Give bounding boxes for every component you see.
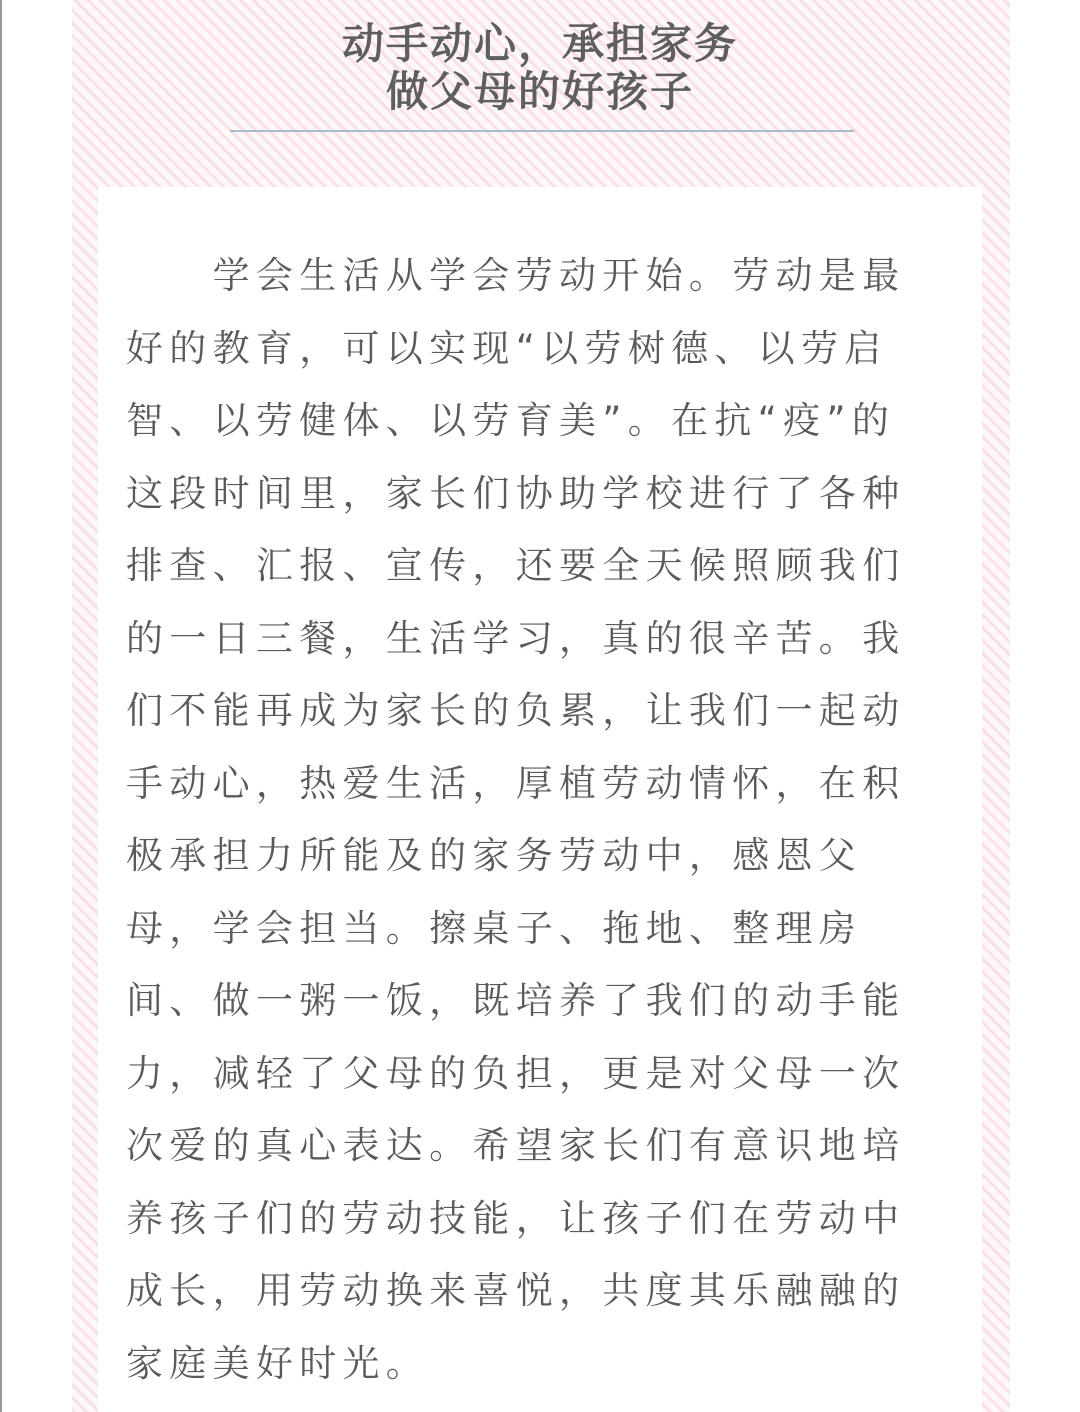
- title-line-2: 做父母的好孩子: [0, 68, 1080, 116]
- article-line: 好的教育，可以实现“以劳树德、以劳启: [126, 313, 954, 386]
- page-title: 动手动心，承担家务 做父母的好孩子: [0, 20, 1080, 116]
- article-line: 家庭美好时光。: [126, 1328, 954, 1401]
- article-line: 的一日三餐，生活学习，真的很辛苦。我: [126, 603, 954, 676]
- article-line: 力，减轻了父母的负担，更是对父母一次: [126, 1038, 954, 1111]
- article-line: 次爱的真心表达。希望家长们有意识地培: [126, 1110, 954, 1183]
- title-line-1: 动手动心，承担家务: [0, 20, 1080, 68]
- article-line: 排查、汇报、宣传，还要全天候照顾我们: [126, 530, 954, 603]
- article-line: 这段时间里，家长们协助学校进行了各种: [126, 458, 954, 531]
- article-line: 成长，用劳动换来喜悦，共度其乐融融的: [126, 1255, 954, 1328]
- page-edge-line: [0, 0, 2, 1412]
- article-line: 手动心，热爱生活，厚植劳动情怀，在积: [126, 748, 954, 821]
- article-line: 间、做一粥一饭，既培养了我们的动手能: [126, 965, 954, 1038]
- title-divider: [230, 130, 854, 132]
- article-body: 学会生活从学会劳动开始。劳动是最 好的教育，可以实现“以劳树德、以劳启 智、以劳…: [126, 240, 954, 1400]
- article-line: 极承担力所能及的家务劳动中，感恩父: [126, 820, 954, 893]
- article-line: 智、以劳健体、以劳育美”。在抗“疫”的: [126, 385, 954, 458]
- article-line: 养孩子们的劳动技能，让孩子们在劳动中: [126, 1183, 954, 1256]
- article-line: 母，学会担当。擦桌子、拖地、整理房: [126, 893, 954, 966]
- article-line: 学会生活从学会劳动开始。劳动是最: [126, 240, 954, 313]
- article-line: 们不能再成为家长的负累，让我们一起动: [126, 675, 954, 748]
